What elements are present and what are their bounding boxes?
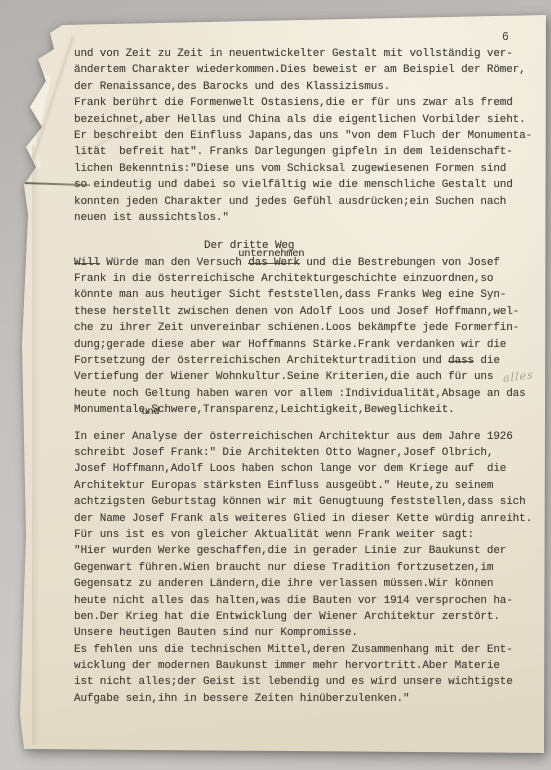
text-line: Es fehlen uns die technischen Mittel,der… bbox=[74, 642, 532, 658]
text-line: lität befreit hat". Franks Darlegungen g… bbox=[74, 144, 532, 160]
text-line: könnte man aus heutiger Sicht feststelle… bbox=[74, 287, 532, 303]
text-line: lichen Bekenntnis:"Diese uns vom Schicks… bbox=[74, 161, 532, 177]
text-line: Für uns ist es von gleicher Aktualität w… bbox=[74, 527, 532, 543]
text-line: konnten jeden Charakter und jedes Gefühl… bbox=[74, 194, 532, 210]
text-line: Frank berührt die Formenwelt Ostasiens,d… bbox=[74, 95, 532, 111]
strikethrough-text: Will bbox=[74, 255, 100, 271]
text-line: schreibt Josef Frank:" Die Architekten O… bbox=[74, 445, 532, 461]
text-line: Monumentale,undSchwere,Transparenz,Leich… bbox=[74, 402, 532, 418]
paper-surface: RM 6 alles und von Zeit zu Zeit in neuen… bbox=[18, 15, 546, 755]
text-line: Unsere heutigen Bauten sind nur Kompromi… bbox=[74, 625, 532, 641]
paragraph-1: und von Zeit zu Zeit in neuentwickelter … bbox=[74, 46, 532, 226]
text-line: dung;gerade diese aber war Hoffmanns Stä… bbox=[74, 337, 532, 353]
text-line: Gegensatz zu anderen Ländern,die ihre ve… bbox=[74, 576, 532, 592]
strikethrough-text: dass bbox=[448, 353, 474, 369]
text-line: der Renaissance,des Barocks und des Klas… bbox=[74, 79, 532, 95]
text-line: che zu ihrer Zeit unvereinbar schienen.L… bbox=[74, 320, 532, 336]
text-line: so eindeutig und dabei so vielfältig wie… bbox=[74, 177, 532, 193]
inserted-word: unternehmen bbox=[238, 246, 304, 262]
text-line: these herstellt zwischen denen von Adolf… bbox=[74, 304, 532, 320]
stamp-mark: RM bbox=[24, 28, 34, 35]
text-line: Josef Hoffmann,Adolf Loos haben schon la… bbox=[74, 461, 532, 477]
text-line: ist nicht alles;der Geist ist lebendig u… bbox=[74, 674, 532, 690]
text-line: Gegenwart führen.Wien braucht nur diese … bbox=[74, 560, 532, 576]
text-line: achtzigsten Geburtstag können wir mit Ge… bbox=[74, 494, 532, 510]
text-line: heute noch Geltung haben waren vor allem… bbox=[74, 386, 532, 402]
paper-crease-left bbox=[32, 145, 42, 745]
text-segment: und die Bestrebungen von Josef bbox=[300, 255, 500, 271]
text-segment: Monumentale, bbox=[74, 402, 151, 418]
text-line: Fortsetzung der österreichischen Archite… bbox=[74, 353, 532, 369]
text-line: neuen ist aussichtslos." bbox=[74, 210, 532, 226]
paragraph-3: In einer Analyse der österreichischen Ar… bbox=[74, 429, 532, 708]
text-line: Frank in die österreichische Architektur… bbox=[74, 271, 532, 287]
text-segment: die bbox=[474, 353, 500, 369]
page-background: { "page": { "number": "6", "stamp": "RM"… bbox=[0, 0, 551, 770]
paragraph-2: Will Würde man den Versuch das Werkunter… bbox=[74, 255, 532, 419]
text-line: Will Würde man den Versuch das Werkunter… bbox=[74, 255, 532, 271]
text-line: wicklung der modernen Baukunst immer meh… bbox=[74, 658, 532, 674]
page-number: 6 bbox=[502, 31, 509, 44]
text-line: der Name Josef Frank als weiteres Glied … bbox=[74, 511, 532, 527]
text-line: ändertem Charakter wiederkommen.Dies bew… bbox=[74, 62, 532, 78]
paper-sheet: RM 6 alles und von Zeit zu Zeit in neuen… bbox=[18, 15, 546, 755]
text-segment: Würde man den Versuch bbox=[100, 255, 248, 271]
text-line: ben.Der Krieg hat die Entwicklung der Wi… bbox=[74, 609, 532, 625]
text-segment: Fortsetzung der österreichischen Archite… bbox=[74, 353, 448, 369]
text-line: Er beschreibt den Einfluss Japans,das un… bbox=[74, 128, 532, 144]
text-line: "Hier wurden Werke geschaffen,die in ger… bbox=[74, 543, 532, 559]
typewritten-text: und von Zeit zu Zeit in neuentwickelter … bbox=[74, 46, 532, 707]
text-line: Vertiefung der Wiener Wohnkultur.Seine K… bbox=[74, 369, 532, 385]
text-line: Aufgabe sein,ihn in bessere Zeiten hinüb… bbox=[74, 691, 532, 707]
text-line: bezeichnet,aber Hellas und China als die… bbox=[74, 112, 532, 128]
strikethrough-text: das Werkunternehmen bbox=[248, 255, 300, 271]
text-segment: Schwere,Transparenz,Leichtigkeit,Bewegli… bbox=[151, 402, 454, 418]
text-line: und von Zeit zu Zeit in neuentwickelter … bbox=[74, 46, 532, 62]
text-line: Architektur Europas stärksten Einfluss a… bbox=[74, 478, 532, 494]
text-line: heute nicht alles das halten,was die Bau… bbox=[74, 593, 532, 609]
text-line: In einer Analyse der österreichischen Ar… bbox=[74, 429, 532, 445]
